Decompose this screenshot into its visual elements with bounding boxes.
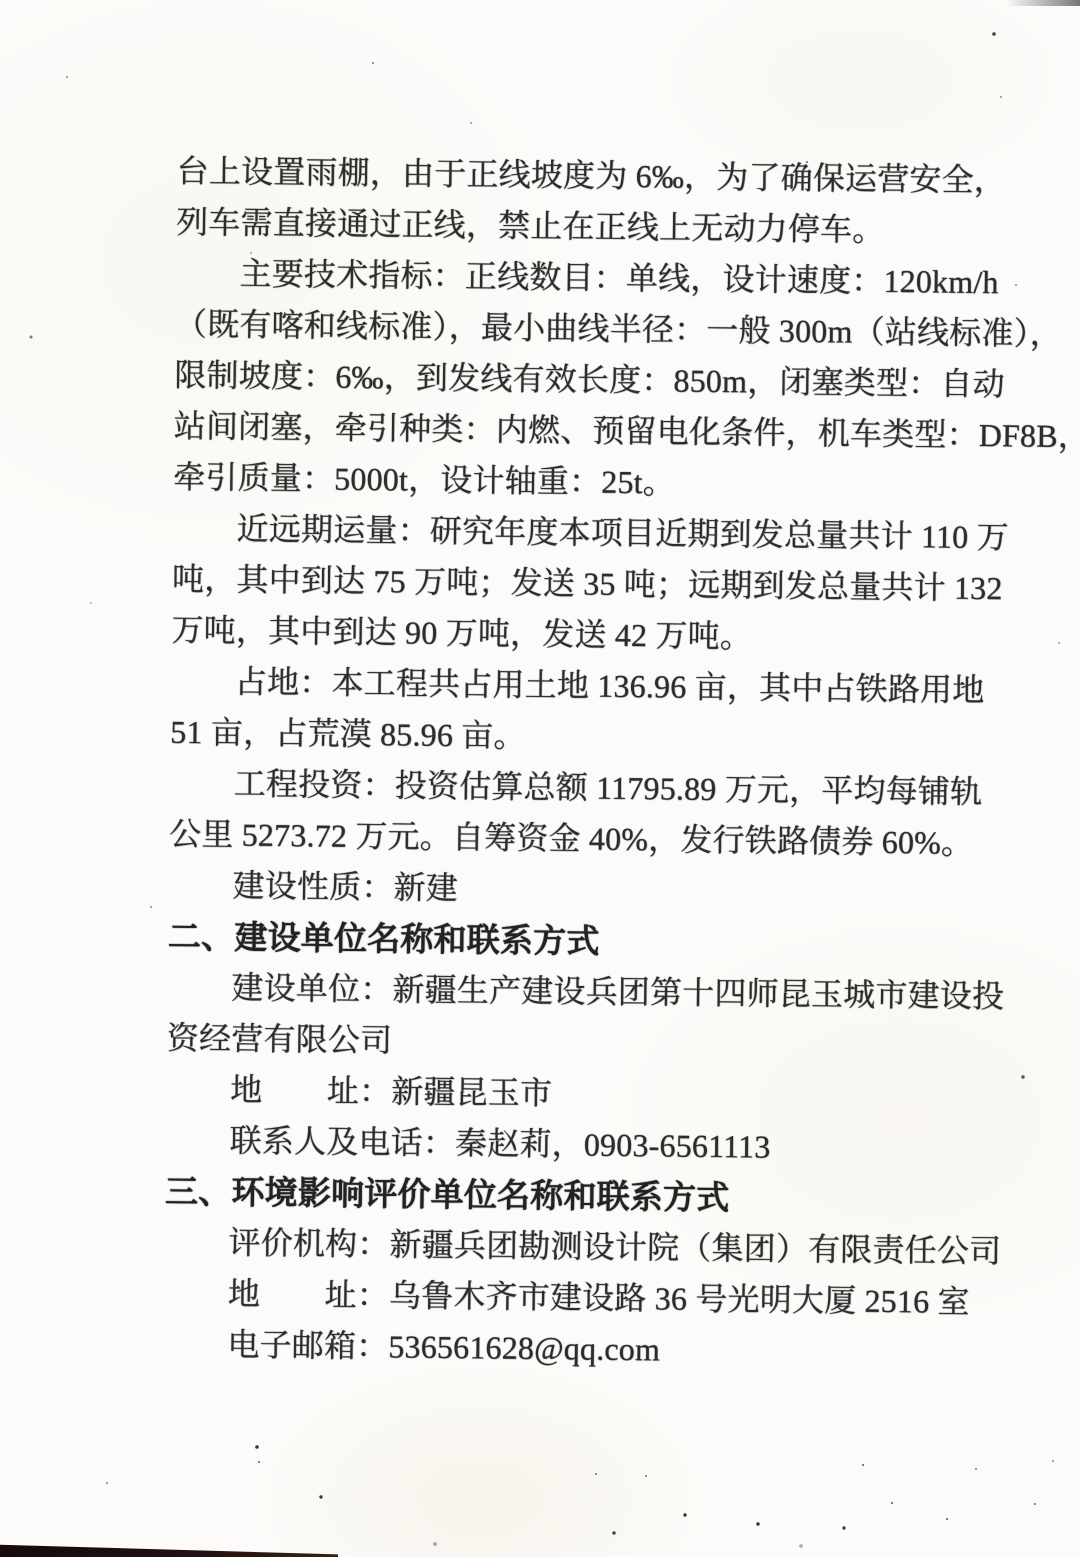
text-line: 万吨，其中到达 90 万吨，发送 42 万吨。 [171,605,982,665]
text-line: 建设性质：新建 [168,860,979,920]
text-line: 评价机构：新疆兵团勘测设计院（集团）有限责任公司 [164,1217,975,1277]
section-heading: 二、建设单位名称和联系方式 [168,911,979,971]
text-line: 51 亩，占荒漠 85.96 亩。 [170,707,981,767]
text-line: 吨，其中到达 75 万吨；发送 35 吨；远期到发总量共计 132 [172,554,983,614]
text-line: 地 址：新疆昆玉市 [166,1064,977,1124]
scan-skew-wrapper: 台上设置雨棚，由于正线坡度为 6‰，为了确保运营安全，列车需直接通过正线，禁止在… [0,0,1080,1557]
text-line: 电子邮箱：536561628@qq.com [163,1319,974,1379]
text-line: 占地：本工程共占用土地 136.96 亩，其中占铁路用地 [171,656,982,716]
text-line: 资经营有限公司 [167,1013,978,1073]
text-line: 站间闭塞，牵引种类：内燃、预留电化条件，机车类型：DF8B， [173,401,984,461]
text-line: 工程投资：投资估算总额 11795.89 万元，平均每铺轨 [169,758,980,818]
document-text-block: 台上设置雨棚，由于正线坡度为 6‰，为了确保运营安全，列车需直接通过正线，禁止在… [163,146,987,1379]
text-line: 台上设置雨棚，由于正线坡度为 6‰，为了确保运营安全， [176,146,987,206]
text-line: 牵引质量：5000t，设计轴重：25t。 [173,452,984,512]
scanned-document: { "page": { "paper_color": "#fcfbf9", "i… [0,0,1080,1557]
text-line: 主要技术指标：正线数目：单线，设计速度：120km/h [175,248,986,308]
text-line: 近远期运量：研究年度本项目近期到发总量共计 110 万 [172,503,983,563]
scan-edge-shadow [1006,0,1080,6]
section-heading: 三、环境影响评价单位名称和联系方式 [165,1166,976,1226]
scan-noise-specks [0,0,2,2]
text-line: 建设单位：新疆生产建设兵团第十四师昆玉城市建设投 [167,962,978,1022]
text-line: 联系人及电话：秦赵莉，0903-6561113 [165,1115,976,1175]
text-line: 列车需直接通过正线，禁止在正线上无动力停车。 [176,197,987,257]
text-line: 地 址：乌鲁木齐市建设路 36 号光明大厦 2516 室 [164,1268,975,1328]
text-line: 公里 5273.72 万元。自筹资金 40%，发行铁路债券 60%。 [169,809,980,869]
text-line: 限制坡度：6‰，到发线有效长度：850m，闭塞类型：自动 [174,350,985,410]
text-line: （既有喀和线标准），最小曲线半径：一般 300m（站线标准）， [175,299,986,359]
